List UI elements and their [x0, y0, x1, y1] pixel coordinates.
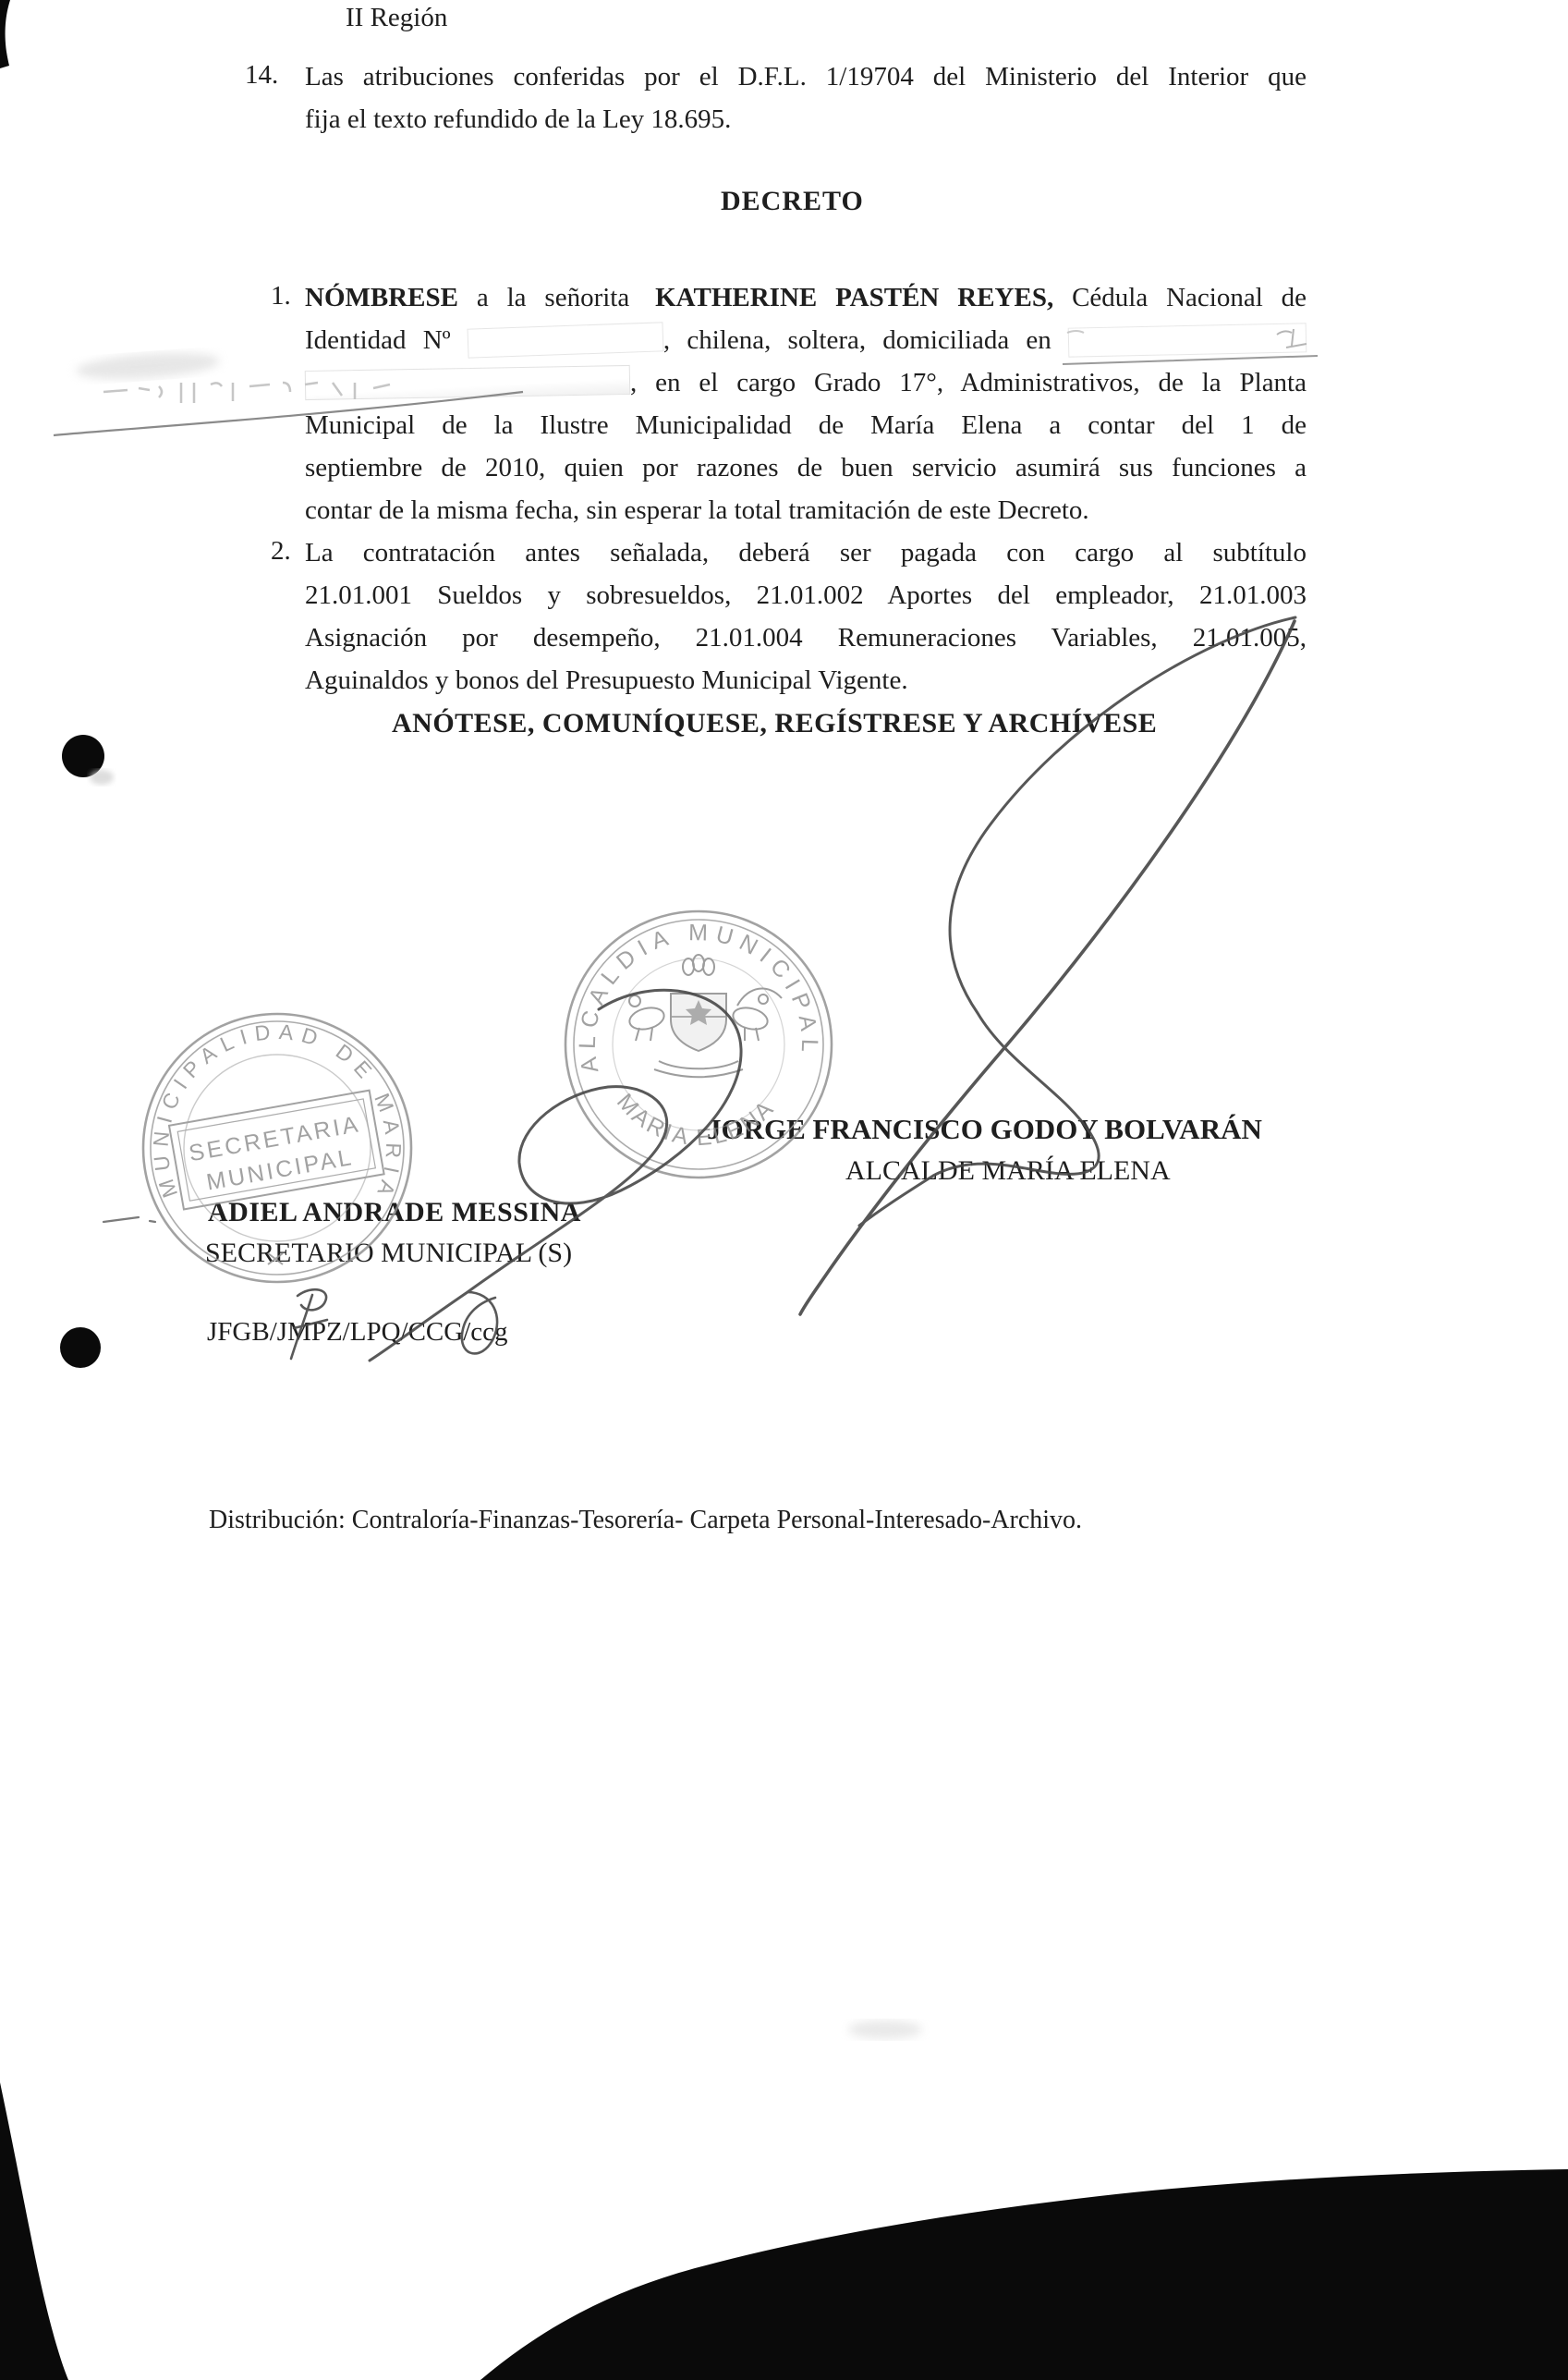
item-1-line-2-mid: , chilena, soltera, domiciliada en	[663, 325, 1051, 355]
chile-coat-of-arms	[627, 955, 782, 1077]
item-1-line-4: Municipal de la Ilustre Municipalidad de…	[305, 409, 1307, 442]
redaction-id-number	[467, 322, 663, 358]
secretary-title: SECRETARIO MUNICIPAL (S)	[205, 1237, 572, 1270]
stamp-alcaldia-top-text: ALCALDIA MUNICIPAL	[575, 920, 822, 1075]
punch-hole-dot-top	[62, 735, 104, 777]
item-2-line-1: La contratación antes señalada, deberá s…	[305, 536, 1307, 569]
scanned-decree-document: { "document": { "region_label": "II Regi…	[0, 0, 1568, 2380]
decree-heading: DECRETO	[721, 185, 864, 218]
scan-overlay: MUNICIPALIDAD DE MARIA ELENA SECRETARIA …	[0, 0, 1568, 2380]
redaction-underline-address	[1063, 356, 1318, 364]
item-14-number: 14.	[245, 60, 278, 91]
item-14-line-1: Las atribuciones conferidas por el D.F.L…	[305, 60, 1307, 93]
corner-scan-mark	[0, 0, 10, 68]
stamp-box-line-2: MUNICIPAL	[204, 1144, 356, 1196]
mayor-title: ALCALDE MARÍA ELENA	[845, 1154, 1171, 1188]
mayor-name: JORGE FRANCISCO GODOY BOLVARÁN	[707, 1112, 1262, 1146]
item-1-line-3: , en el cargo Grado 17°, Administrativos…	[305, 366, 1307, 399]
item-1-line-1-mid: a la señorita	[477, 283, 629, 312]
svg-text:ALCALDIA MUNICIPAL: ALCALDIA MUNICIPAL	[575, 920, 822, 1075]
initials-line: JFGB/JMPZ/LPQ/CCG/ccg	[207, 1316, 508, 1349]
redaction-address-1	[1068, 323, 1307, 357]
faint-smudge-bottom	[848, 2020, 922, 2039]
bottom-left-scan-shadow	[0, 2082, 68, 2380]
identity-label: Identidad Nº	[305, 325, 451, 355]
punch-hole-dot-bottom	[60, 1327, 101, 1368]
closing-order: ANÓTESE, COMUNÍQUESE, REGÍSTRESE Y ARCHÍ…	[392, 707, 1157, 740]
decree-keyword: NÓMBRESE	[305, 283, 458, 312]
secretary-name: ADIEL ANDRADE MESSINA	[208, 1196, 581, 1229]
redaction-address-2	[305, 365, 631, 400]
secretary-signature	[103, 990, 741, 1361]
item-1-line-5: septiembre de 2010, quien por razones de…	[305, 451, 1307, 484]
item-14-line-2: fija el texto refundido de la Ley 18.695…	[305, 103, 1307, 136]
bottom-right-scan-shadow	[480, 2169, 1568, 2380]
stamp-box-line-1: SECRETARIA	[187, 1111, 362, 1166]
appointee-name: KATHERINE PASTÉN REYES,	[655, 283, 1053, 312]
punch-hole-shadow-top	[90, 770, 114, 785]
item-1-line-6: contar de la misma fecha, sin esperar la…	[305, 494, 1307, 527]
item-2-line-3: Asignación por desempeño, 21.01.004 Remu…	[305, 621, 1307, 654]
item-2-line-2: 21.01.001 Sueldos y sobresueldos, 21.01.…	[305, 579, 1307, 612]
item-2-number: 2.	[271, 536, 291, 567]
item-2-line-4: Aguinaldos y bonos del Presupuesto Munic…	[305, 664, 1307, 697]
item-1-line-1-end: Cédula Nacional de	[1072, 283, 1307, 312]
distribution-line: Distribución: Contraloría-Finanzas-Tesor…	[209, 1505, 1082, 1536]
item-1-line-1: NÓMBRESE a la señorita KATHERINE PASTÉN …	[305, 281, 1307, 314]
item-1-number: 1.	[271, 281, 291, 311]
margin-smudge	[75, 349, 220, 384]
item-1-line-3-text: , en el cargo Grado 17°, Administrativos…	[630, 368, 1307, 397]
region-label: II Región	[346, 2, 447, 34]
item-1-line-2: Identidad Nº , chilena, soltera, domicil…	[305, 323, 1307, 357]
